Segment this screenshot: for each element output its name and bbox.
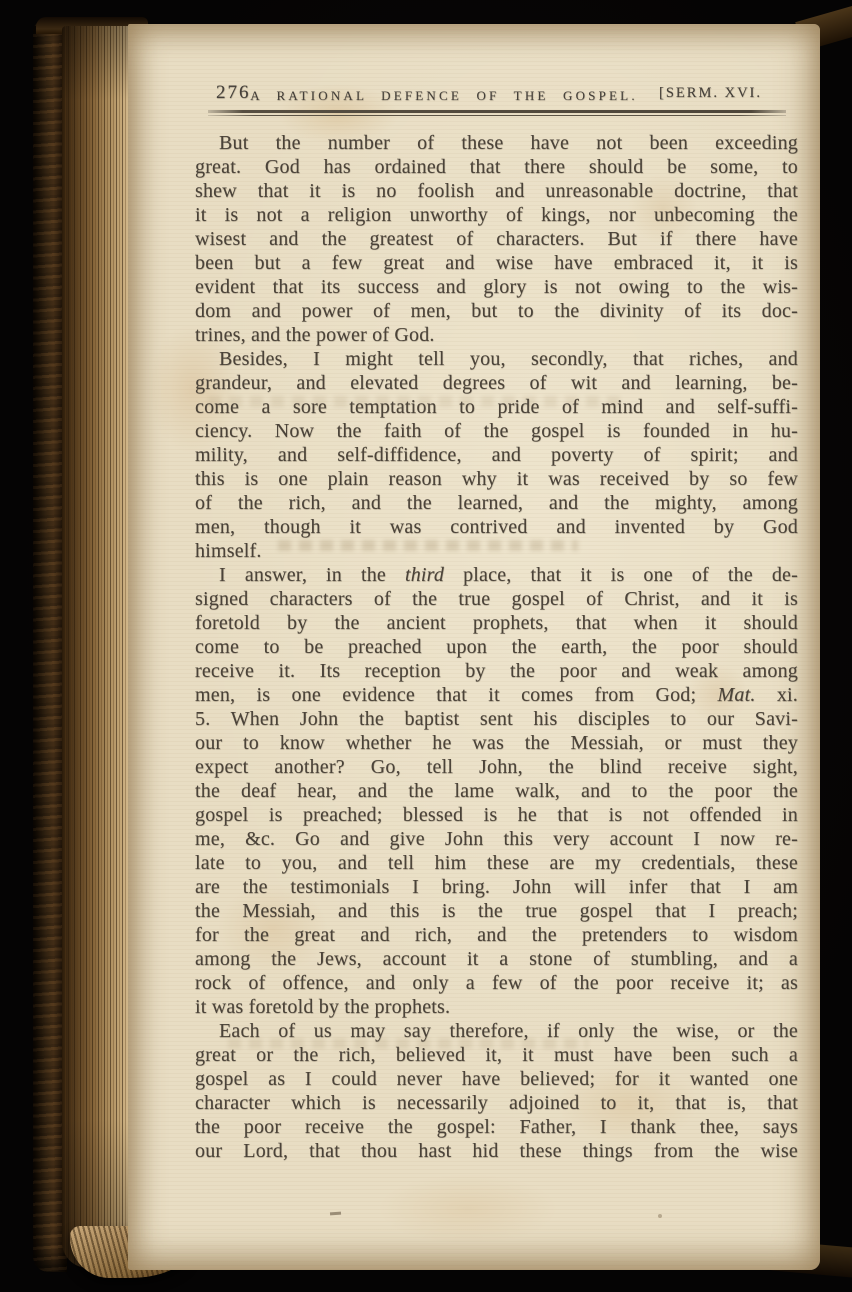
text-line: men, is one evidence that it comes from …	[195, 683, 798, 707]
text-line: great or the rich, believed it, it must …	[195, 1043, 798, 1067]
text-line: gospel as I could never have believed; f…	[195, 1067, 798, 1091]
text-line: character which is necessarily adjoined …	[195, 1091, 798, 1115]
text-line: dom and power of men, but to the divinit…	[195, 299, 798, 323]
paragraph: Besides, I might tell you, secondly, tha…	[195, 347, 798, 563]
text-line: been but a few great and wise have embra…	[195, 251, 798, 275]
text-line: wisest and the greatest of characters. B…	[195, 227, 798, 251]
page-fore-edges	[62, 26, 132, 1268]
text-line: expect another? Go, tell John, the blind…	[195, 755, 798, 779]
text-line: me, &c. Go and give John this very accou…	[195, 827, 798, 851]
text-line: rock of offence, and only a few of the p…	[195, 971, 798, 995]
text-line: Besides, I might tell you, secondly, tha…	[195, 347, 798, 371]
text-line: But the number of these have not been ex…	[195, 131, 798, 155]
text-block: But the number of these have not been ex…	[195, 131, 798, 1163]
text-line: come a sore temptation to pride of mind …	[195, 395, 798, 419]
text-line: shew that it is no foolish and unreasona…	[195, 179, 798, 203]
sermon-label: [SERM. XVI.	[659, 85, 762, 102]
text-line: mility, and self-diffidence, and poverty…	[195, 443, 798, 467]
paragraph: I answer, in the third place, that it is…	[195, 563, 798, 1019]
text-line: among the Jews, account it a stone of st…	[195, 947, 798, 971]
book-page: 276 A RATIONAL DEFENCE OF THE GOSPEL. [S…	[128, 24, 820, 1270]
text-line: this is one plain reason why it was rece…	[195, 467, 798, 491]
text-line: the deaf hear, and the lame walk, and to…	[195, 779, 798, 803]
text-line: for the great and rich, and the pretende…	[195, 923, 798, 947]
text-line: ciency. Now the faith of the gospel is f…	[195, 419, 798, 443]
paragraph: But the number of these have not been ex…	[195, 131, 798, 347]
text-line: men, though it was contrived and invente…	[195, 515, 798, 539]
text-line: signed characters of the true gospel of …	[195, 587, 798, 611]
text-line: late to you, and tell him these are my c…	[195, 851, 798, 875]
divider-line-thick	[208, 110, 786, 113]
text-line: receive it. Its reception by the poor an…	[195, 659, 798, 683]
text-line: foretold by the ancient prophets, that w…	[195, 611, 798, 635]
paragraph: Each of us may say therefore, if only th…	[195, 1019, 798, 1163]
text-line: come to be preached upon the earth, the …	[195, 635, 798, 659]
running-title: A RATIONAL DEFENCE OF THE GOSPEL.	[238, 88, 650, 104]
text-line: the poor receive the gospel: Father, I t…	[195, 1115, 798, 1139]
text-line: gospel is preached; blessed is he that i…	[195, 803, 798, 827]
footer-pen-mark	[330, 1212, 341, 1215]
text-line: the Messiah, and this is the true gospel…	[195, 899, 798, 923]
text-line: I answer, in the third place, that it is…	[195, 563, 798, 587]
text-line: of the rich, and the learned, and the mi…	[195, 491, 798, 515]
text-line: trines, and the power of God.	[195, 323, 798, 347]
text-line: are the testimonials I bring. John will …	[195, 875, 798, 899]
scanned-book-photo: 276 A RATIONAL DEFENCE OF THE GOSPEL. [S…	[0, 0, 852, 1292]
text-line: himself.	[195, 539, 798, 563]
text-line: grandeur, and elevated degrees of wit an…	[195, 371, 798, 395]
footer-speck	[658, 1214, 662, 1218]
text-line: our to know whether he was the Messiah, …	[195, 731, 798, 755]
header-divider	[208, 110, 786, 116]
fox-stain	[378, 1174, 558, 1244]
text-line: it is not a religion unworthy of kings, …	[195, 203, 798, 227]
text-line: it was foretold by the prophets.	[195, 995, 798, 1019]
text-line: our Lord, that thou hast hid these thing…	[195, 1139, 798, 1163]
divider-line-thin	[208, 115, 786, 116]
text-line: great. God has ordained that there shoul…	[195, 155, 798, 179]
text-line: Each of us may say therefore, if only th…	[195, 1019, 798, 1043]
text-line: 5. When John the baptist sent his discip…	[195, 707, 798, 731]
text-line: evident that its success and glory is no…	[195, 275, 798, 299]
